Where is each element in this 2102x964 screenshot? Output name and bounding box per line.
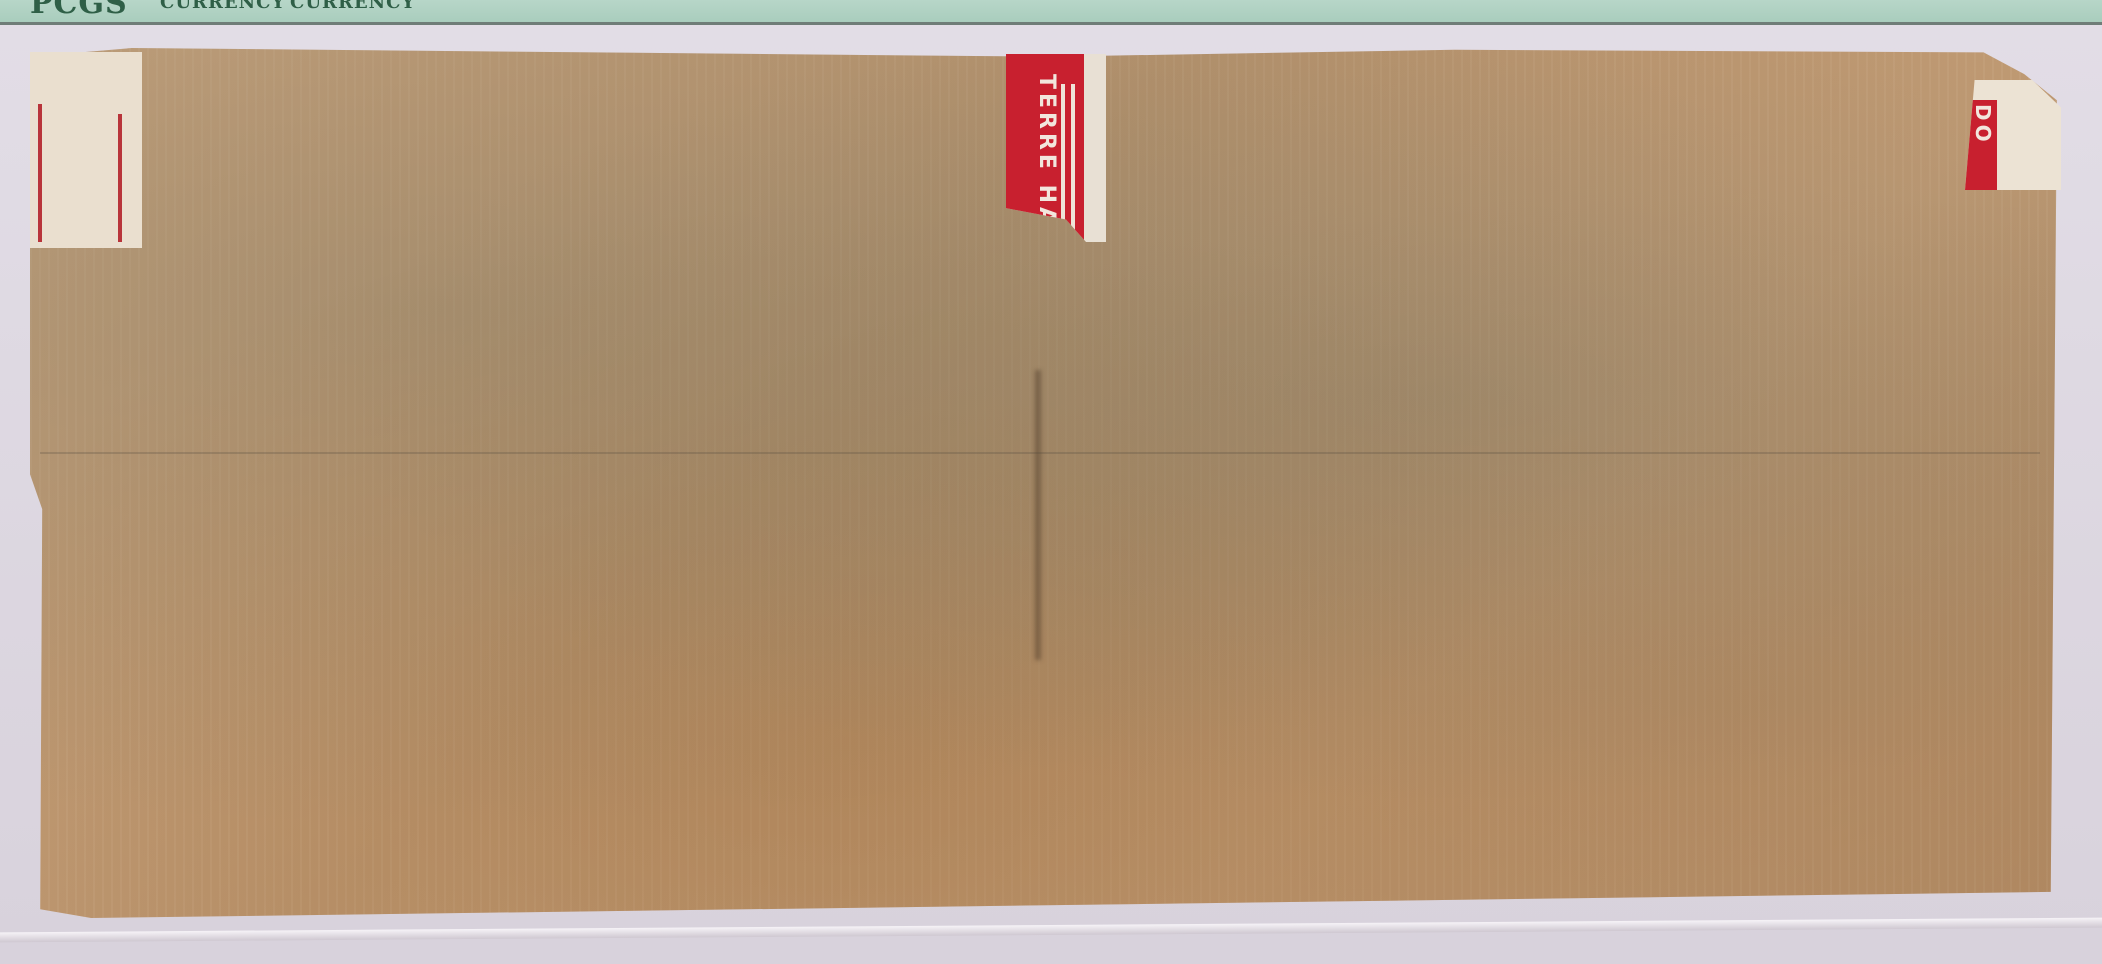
stamp-text: DO	[1971, 104, 1995, 146]
stamp-text: TERRE HA	[1034, 74, 1059, 228]
right-bank-stamp: DO	[1965, 80, 2061, 190]
holder-logo: PCGS	[30, 0, 128, 21]
red-line	[118, 114, 122, 242]
stamp-stripe	[1071, 84, 1075, 244]
fold-stain	[1035, 370, 1041, 660]
holder-label: PCGS CURRENCY CURRENCY	[0, 0, 2102, 25]
holder-label-text-1: CURRENCY	[160, 0, 285, 13]
red-line	[38, 104, 42, 242]
horizontal-fold	[40, 452, 2040, 454]
left-paper-strip	[30, 52, 142, 248]
holder-label-text-2: CURRENCY	[290, 0, 415, 13]
